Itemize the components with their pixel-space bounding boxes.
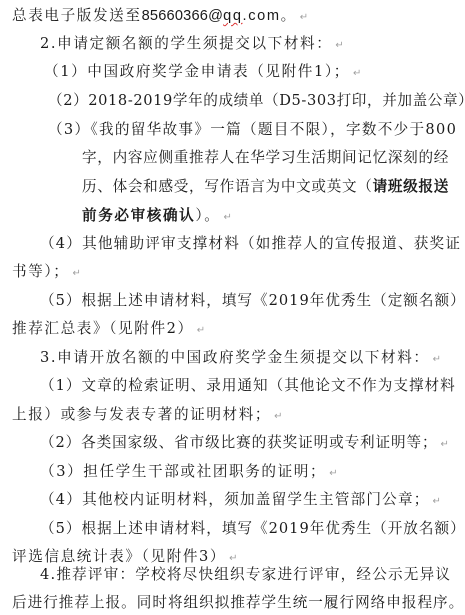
doc-line-email: 总表电子版发送至85660366@qq.com。↵ [12, 6, 308, 28]
doc-line: 字，内容应侧重推荐人在华学习生活期间记忆深刻的经 [82, 148, 449, 168]
doc-line: （4）其他辅助评审支撑材料（如推荐人的宣传报道、获奖证 [40, 234, 461, 254]
line-text: 历、体会和感受，写作语言为中文或英文（ [82, 178, 373, 195]
doc-line: 历、体会和感受，写作语言为中文或英文（请班级报送 [82, 177, 449, 197]
paragraph-mark-icon: ↵ [274, 411, 282, 422]
line-text: （3）《我的留华故事》一篇（题目不限），字数不少于800 [48, 121, 457, 138]
doc-line: （2）各类国家级、省市级比赛的获奖证明或专利证明等；↵ [40, 433, 449, 455]
paragraph-mark-icon: ↵ [72, 268, 80, 279]
paragraph-mark-icon: ↵ [335, 40, 343, 51]
line-text: （1）中国政府奖学金申请表（见附件1）； [44, 63, 350, 80]
line-text: 书等）； [12, 263, 69, 280]
paragraph-mark-icon: ↵ [197, 325, 205, 336]
paragraph-mark-icon: ↵ [433, 496, 441, 507]
line-text: 3.申请开放名额的中国政府奖学金生须提交以下材料： [40, 349, 430, 366]
line-text: （2）2018-2019学年的成绩单（D5-303打印，并加盖公章）； [48, 92, 465, 109]
line-text: 后进行推荐上报。同时将组织拟推荐学生统一履行网络申报程序。 [12, 594, 464, 611]
paragraph-mark-icon: ↵ [300, 12, 308, 23]
email-address-part: 85660366@ [142, 8, 224, 24]
line-text: 上报）或参与发表专著的证明材料； [12, 406, 271, 423]
doc-line: （4）其他校内证明材料，须加盖留学生主管部门公章；↵ [40, 490, 441, 512]
paragraph-mark-icon: ↵ [353, 68, 361, 79]
doc-line-heading-3: 3.申请开放名额的中国政府奖学金生须提交以下材料：↵ [40, 348, 441, 370]
line-text: （1）文章的检索证明、录用通知（其他论文不作为支撑材料 [40, 377, 456, 394]
line-text: 评选信息统计表》（见附件3） [12, 548, 226, 565]
document-page: 总表电子版发送至85660366@qq.com。↵ 2.申请定额名额的学生须提交… [0, 0, 465, 615]
paragraph-mark-icon: ↵ [441, 439, 449, 450]
line-text: 2.申请定额名额的学生须提交以下材料： [40, 35, 332, 52]
paragraph-mark-icon: ↵ [433, 354, 441, 365]
line-text: 4.推荐评审：学校将尽快组织专家进行评审，经公示无异议 [40, 566, 451, 583]
line-text: （3）担任学生干部或社团职务的证明； [40, 463, 326, 480]
doc-line: （3）《我的留华故事》一篇（题目不限），字数不少于800 [48, 120, 457, 140]
bold-notice: 前务必审核确认 [82, 207, 195, 224]
doc-line: （1）文章的检索证明、录用通知（其他论文不作为支撑材料 [40, 376, 456, 396]
line-text: 总表电子版发送至 [12, 7, 142, 24]
line-text: （5）根据上述申请材料，填写《2019年优秀生（定额名额） [40, 292, 465, 309]
line-text: （2）各类国家级、省市级比赛的获奖证明或专利证明等； [40, 434, 438, 451]
bold-notice: 请班级报送 [373, 178, 449, 195]
paragraph-mark-icon: ↵ [229, 553, 237, 564]
doc-line: （3）担任学生干部或社团职务的证明；↵ [40, 462, 338, 484]
doc-line: （5）根据上述申请材料，填写《2019年优秀生（定额名额） [40, 291, 465, 311]
line-text: （4）其他校内证明材料，须加盖留学生主管部门公章； [40, 491, 430, 508]
doc-line: （1）中国政府奖学金申请表（见附件1）；↵ [44, 62, 361, 84]
paragraph-mark-icon: ↵ [329, 468, 337, 479]
spellcheck-word: qq [223, 8, 242, 24]
line-text: ）。 [195, 207, 220, 224]
doc-line-heading-4: 4.推荐评审：学校将尽快组织专家进行评审，经公示无异议 [40, 565, 451, 585]
line-text: （5）根据上述申请材料，填写《2019年优秀生（开放名额） [40, 520, 465, 537]
doc-line-heading-2: 2.申请定额名额的学生须提交以下材料：↵ [40, 34, 344, 56]
line-text: （4）其他辅助评审支撑材料（如推荐人的宣传报道、获奖证 [40, 235, 461, 252]
doc-line: 后进行推荐上报。同时将组织拟推荐学生统一履行网络申报程序。↵ [12, 593, 465, 615]
doc-line: 书等）；↵ [12, 262, 81, 284]
doc-line: 上报）或参与发表专著的证明材料；↵ [12, 405, 283, 427]
doc-line: （5）根据上述申请材料，填写《2019年优秀生（开放名额） [40, 519, 465, 539]
doc-line: （2）2018-2019学年的成绩单（D5-303打印，并加盖公章）；↵ [48, 91, 465, 113]
line-text: 推荐汇总表》（见附件2） [12, 320, 194, 337]
line-text: 字，内容应侧重推荐人在华学习生活期间记忆深刻的经 [82, 149, 449, 166]
email-domain-part: .com。 [243, 8, 297, 24]
doc-line: 推荐汇总表》（见附件2）↵ [12, 319, 205, 341]
doc-line: 前务必审核确认）。↵ [82, 206, 232, 228]
paragraph-mark-icon: ↵ [223, 212, 231, 223]
